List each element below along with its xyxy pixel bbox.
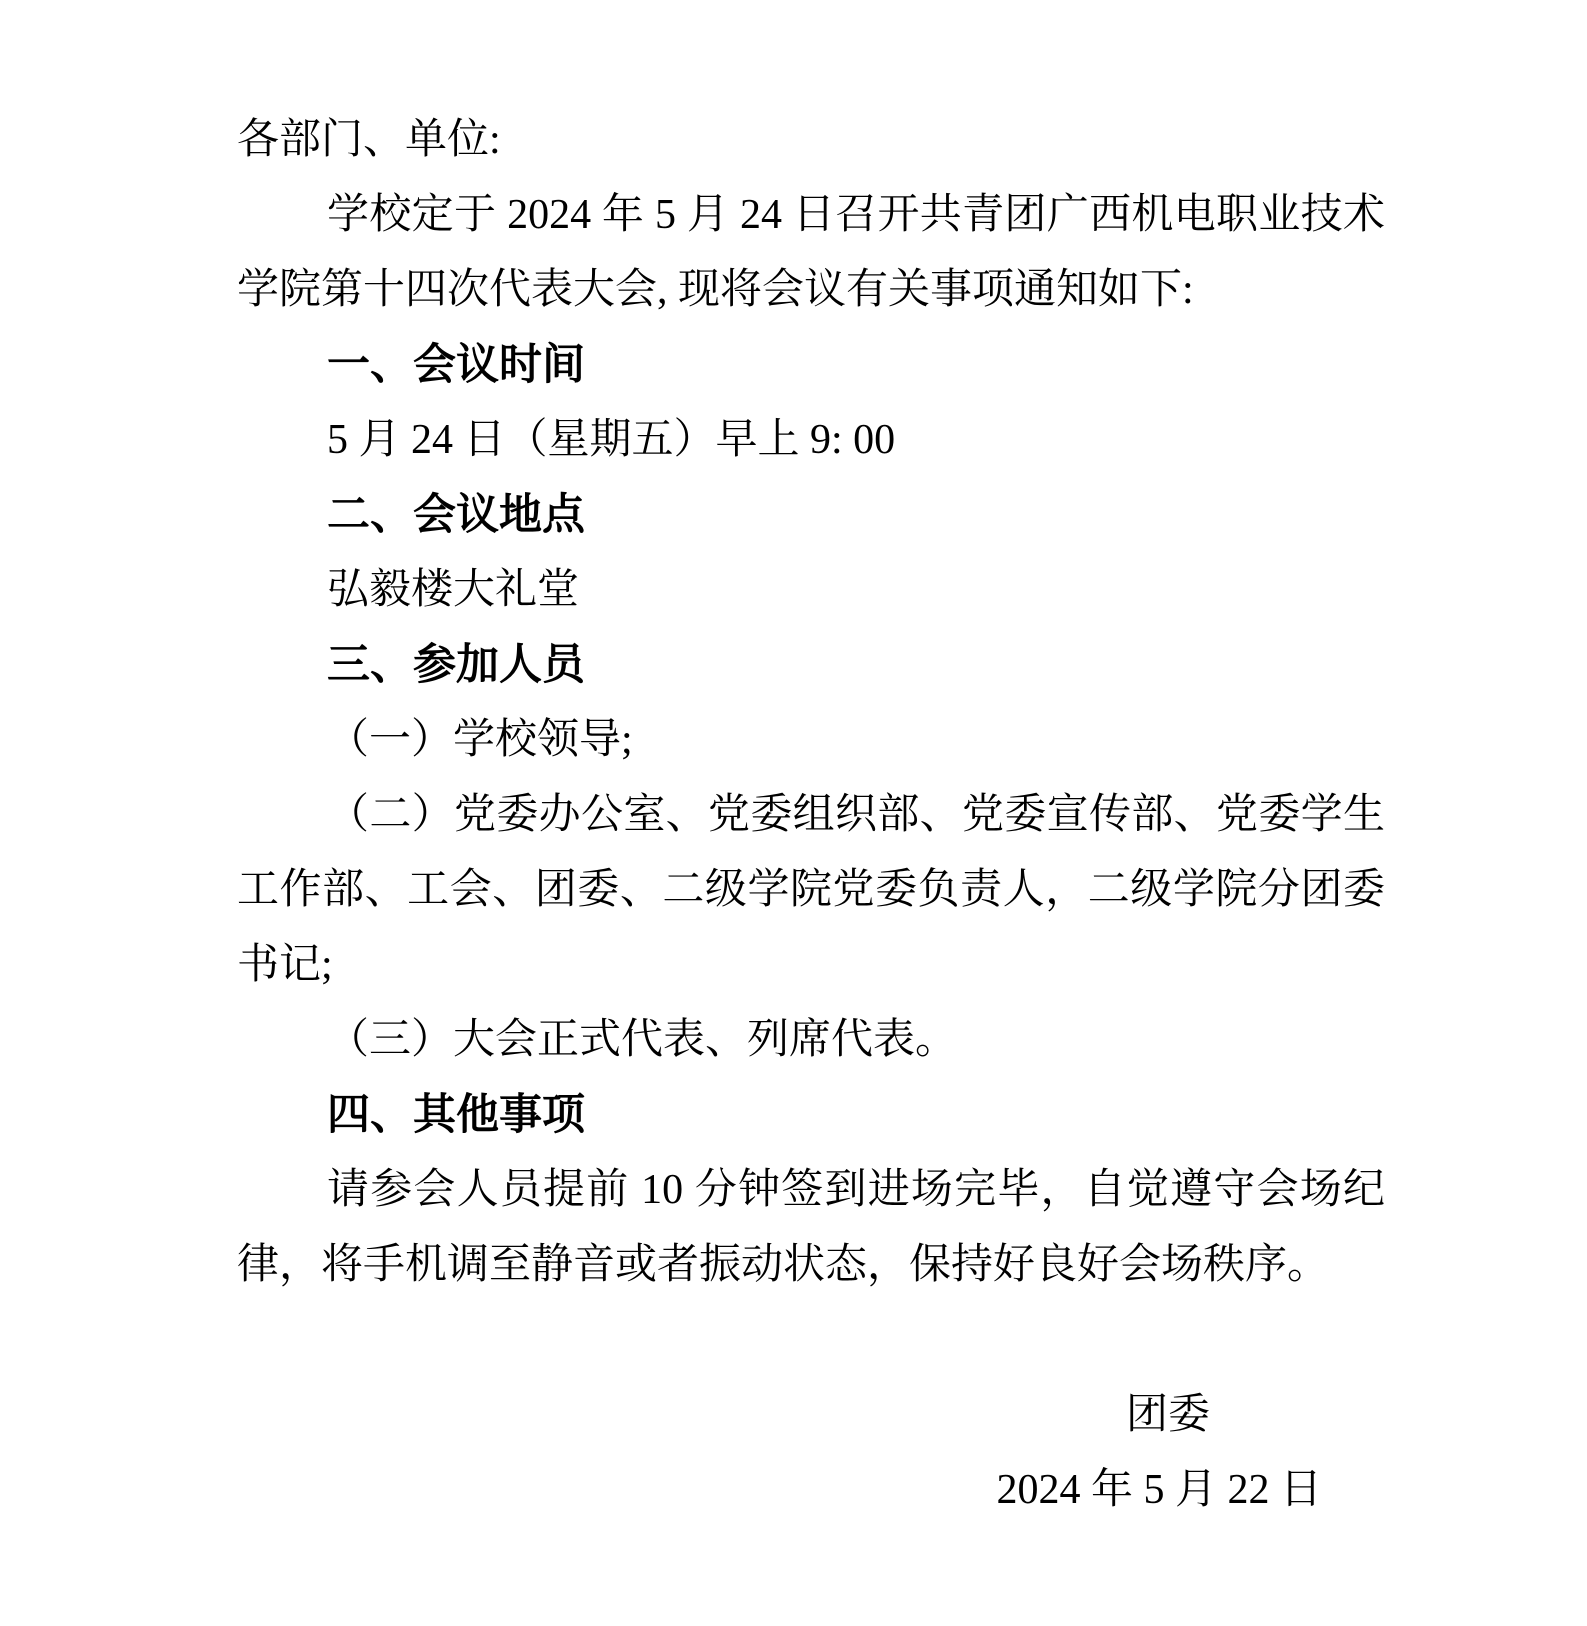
- other-matters-line-2: 律，将手机调至静音或者振动状态，保持好良好会场秩序。: [237, 1228, 1385, 1303]
- attendees-item-2-line-3: 书记;: [237, 928, 1385, 1003]
- section-heading-attendees: 三、参加人员: [237, 628, 1385, 703]
- signature-date: 2024 年 5 月 22 日: [237, 1453, 1385, 1528]
- meeting-time-value: 5 月 24 日（星期五）早上 9: 00: [237, 403, 1385, 478]
- attendees-item-2-line-1: （二）党委办公室、党委组织部、党委宣传部、党委学生: [237, 778, 1385, 853]
- meeting-place-value: 弘毅楼大礼堂: [237, 553, 1385, 628]
- intro-paragraph-line-1: 学校定于 2024 年 5 月 24 日召开共青团广西机电职业技术: [237, 178, 1385, 253]
- salutation-line: 各部门、单位:: [237, 103, 1385, 178]
- intro-paragraph-line-2: 学院第十四次代表大会, 现将会议有关事项通知如下:: [237, 253, 1385, 328]
- attendees-item-3: （三）大会正式代表、列席代表。: [237, 1003, 1385, 1078]
- signature-organization: 团委: [237, 1378, 1385, 1453]
- blank-line: [237, 1303, 1385, 1378]
- notice-document-page: 各部门、单位: 学校定于 2024 年 5 月 24 日召开共青团广西机电职业技…: [0, 0, 1587, 1626]
- section-heading-meeting-place: 二、会议地点: [237, 478, 1385, 553]
- attendees-item-2-line-2: 工作部、工会、团委、二级学院党委负责人，二级学院分团委: [237, 853, 1385, 928]
- attendees-item-1: （一）学校领导;: [237, 703, 1385, 778]
- section-heading-other-matters: 四、其他事项: [237, 1078, 1385, 1153]
- other-matters-line-1: 请参会人员提前 10 分钟签到进场完毕，自觉遵守会场纪: [237, 1153, 1385, 1228]
- section-heading-meeting-time: 一、会议时间: [237, 328, 1385, 403]
